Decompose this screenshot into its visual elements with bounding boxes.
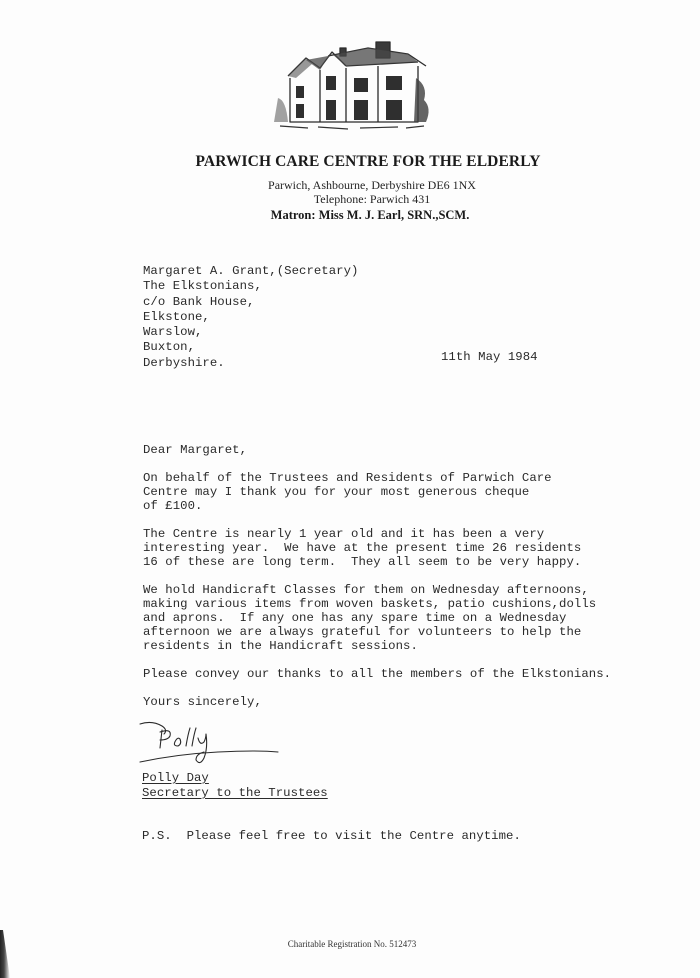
recipient-line: c/o Bank House,	[143, 295, 358, 310]
recipient-line: Derbyshire.	[143, 356, 358, 371]
recipient-line: Warslow,	[143, 325, 358, 340]
page-edge-shadow	[0, 930, 10, 978]
charity-registration: Charitable Registration No. 512473	[2, 939, 700, 949]
organization-name: PARWICH CARE CENTRE FOR THE ELDERLY	[18, 153, 700, 171]
recipient-line: The Elkstonians,	[143, 279, 358, 294]
paragraph-convey-thanks: Please convey our thanks to all the memb…	[143, 667, 663, 681]
letter-page: PARWICH CARE CENTRE FOR THE ELDERLY Parw…	[0, 0, 700, 978]
paragraph-thanks: On behalf of the Trustees and Residents …	[143, 471, 663, 513]
closing: Yours sincerely,	[143, 695, 663, 709]
letter-body: Dear Margaret, On behalf of the Trustees…	[143, 443, 663, 723]
matron-line: Matron: Miss M. J. Earl, SRN.,SCM.	[20, 208, 700, 223]
letter-date: 11th May 1984	[441, 350, 538, 364]
letterhead-address: Parwich, Ashbourne, Derbyshire DE6 1NX T…	[22, 178, 700, 206]
recipient-line: Buxton,	[143, 340, 358, 355]
recipient-line: Margaret A. Grant,(Secretary)	[143, 264, 358, 279]
address-line: Parwich, Ashbourne, Derbyshire DE6 1NX	[22, 178, 700, 192]
recipient-address: Margaret A. Grant,(Secretary) The Elksto…	[143, 264, 358, 371]
paragraph-centre-age: The Centre is nearly 1 year old and it h…	[143, 527, 663, 569]
salutation: Dear Margaret,	[143, 443, 663, 457]
handwritten-signature	[138, 718, 298, 774]
signatory-name: Polly Day	[142, 771, 209, 786]
paragraph-handicraft: We hold Handicraft Classes for them on W…	[143, 583, 663, 653]
signatory-title: Secretary to the Trustees	[142, 786, 328, 801]
recipient-line: Elkstone,	[143, 310, 358, 325]
house-illustration-icon	[268, 38, 434, 136]
telephone-line: Telephone: Parwich 431	[22, 192, 700, 206]
postscript: P.S. Please feel free to visit the Centr…	[142, 829, 521, 843]
